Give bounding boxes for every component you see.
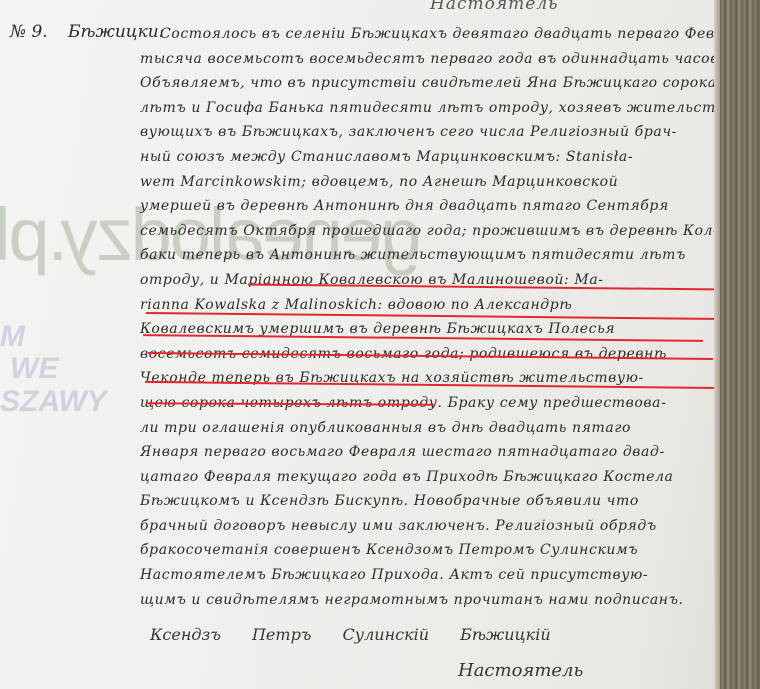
top-fragment-text: Настоятель — [430, 0, 558, 14]
book-binding — [720, 0, 760, 689]
record-line: Настоятелемъ Бѣжицкаго Прихода. Актъ сей… — [140, 563, 720, 588]
entry-number: № 9. — [10, 22, 48, 42]
record-line: тысяча восемьсотъ восемьдесятъ перваго г… — [140, 47, 720, 72]
record-line: умершей въ деревнѣ Антонинѣ дня двадцать… — [140, 194, 720, 219]
record-line: семьдесятъ Октября прошедшаго года; прож… — [140, 219, 720, 244]
record-line: лѣтъ и Госифа Банька пятидесяти лѣтъ отр… — [140, 96, 720, 121]
record-line: Января перваго восьмаго Февраля шестаго … — [140, 440, 720, 465]
watermark-subline: WE — [10, 352, 58, 386]
record-line: Состоялось въ селеніи Бѣжицкахъ девятаго… — [140, 22, 720, 47]
record-line: бракосочетанія совершенъ Ксендзомъ Петро… — [140, 538, 720, 563]
watermark-subline: M — [0, 320, 25, 354]
record-line: цатаго Февраля текущаго года въ Приходѣ … — [140, 465, 720, 490]
document-scan: Настоятель genealodzy.pl M WE SZAWY № 9.… — [0, 0, 760, 689]
record-line: брачный договоръ невыслу ими заключенъ. … — [140, 514, 720, 539]
signature-line: Ксендзъ Петръ Сулинскій Бѣжицкій — [150, 625, 670, 644]
record-line: вующихъ въ Бѣжицкахъ, заключенъ сего чис… — [140, 120, 720, 145]
watermark-subline: SZAWY — [0, 385, 107, 419]
record-line: ли три оглашенія опубликованныя въ днѣ д… — [140, 416, 720, 441]
record-line: баки теперь въ Антонинѣ жительствующимъ … — [140, 243, 720, 268]
record-line: щимъ и свидѣтелямъ неграмотнымъ прочитан… — [140, 588, 720, 613]
record-line: wem Marcinkowskim; вдовцемъ, по Агнешѣ М… — [140, 170, 720, 195]
signature-title: Настоятель — [458, 660, 583, 681]
record-line: ный союзъ между Станиславомъ Марцинковск… — [140, 145, 720, 170]
record-line: Объявляемъ, что въ присутствіи свидѣтеле… — [140, 71, 720, 96]
record-line: Бѣжицкомъ и Ксендзѣ Бискупѣ. Новобрачные… — [140, 489, 720, 514]
